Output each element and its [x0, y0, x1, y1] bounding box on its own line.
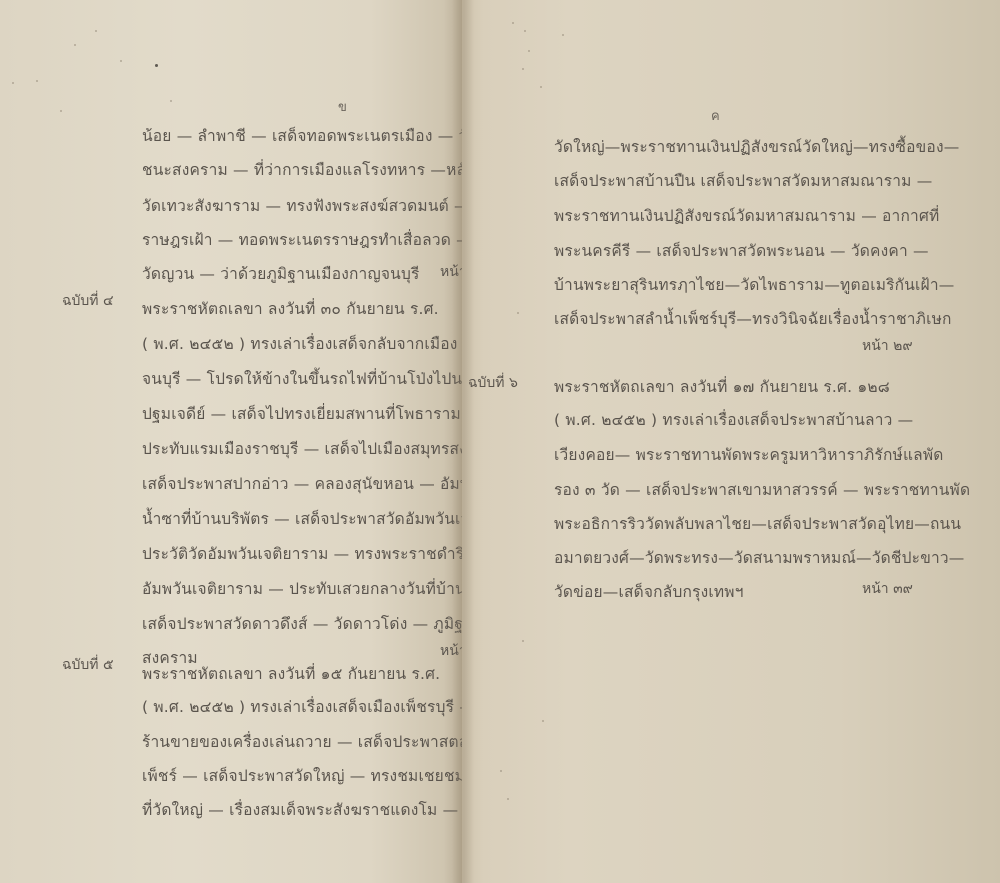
right-line: เสด็จประพาสบ้านปืน เสด็จประพาสวัดมหาสมณา…: [554, 168, 932, 193]
left-page: ข ฉบับที่ ๔ ฉบับที่ ๕ น้อย — ลำพาชี — เส…: [0, 0, 462, 883]
margin-label-letter-5: ฉบับที่ ๕: [62, 654, 114, 676]
paper-speck: [120, 60, 122, 62]
left-line: วัดเทวะสังฆาราม — ทรงฟังพระสงฆ์สวดมนต์ —: [142, 193, 462, 218]
left-line: น้ำซาที่บ้านบริพัตร — เสด็จประพาสวัดอัมพ…: [142, 506, 462, 531]
right-page: ค ฉบับที่ ๖ วัดใหญ่—พระราชทานเงินปฏิสังข…: [462, 0, 1000, 883]
paper-speck: [542, 720, 544, 722]
paper-speck: [500, 770, 502, 772]
left-line: ( พ.ศ. ๒๔๕๒ ) ทรงเล่าเรื่องเสด็จเมืองเพ็…: [142, 694, 462, 719]
right-line: วัดใหญ่—พระราชทานเงินปฏิสังขรณ์วัดใหญ่—ท…: [554, 134, 959, 159]
paper-speck: [170, 100, 172, 102]
page-ref-39: หน้า ๓๙: [862, 578, 913, 600]
left-line: ชนะสงคราม — ที่ว่าการเมืองแลโรงทหาร —หลั…: [142, 157, 462, 182]
book-spread: ข ฉบับที่ ๔ ฉบับที่ ๕ น้อย — ลำพาชี — เส…: [0, 0, 1000, 883]
paper-speck: [60, 110, 62, 112]
left-line: จนบุรี — โปรดให้ข้างในขึ้นรถไฟที่บ้านโป่…: [142, 366, 462, 391]
left-page-number: ข: [338, 96, 347, 117]
right-line: พระราชทานเงินปฏิสังขรณ์วัดมหาสมณาราม — อ…: [554, 203, 939, 228]
left-line: อัมพวันเจติยาราม — ประทับเสวยกลางวันที่บ…: [142, 576, 462, 601]
paper-speck: [522, 640, 524, 642]
left-line: น้อย — ลำพาชี — เสด็จทอดพระเนตรเมือง — ว…: [142, 123, 462, 148]
left-line: เสด็จประพาสวัดดาวดึงส์ — วัดดาวโด่ง — ภู…: [142, 611, 462, 636]
paper-speck: [562, 34, 564, 36]
right-line: พระนครคีรี — เสด็จประพาสวัดพระนอน — วัดค…: [554, 238, 929, 263]
left-line: ปฐมเจดีย์ — เสด็จไปทรงเยี่ยมสพานที่โพธาร…: [142, 401, 462, 426]
paper-speck: [507, 798, 509, 800]
right-line: พระอธิการริววัดพลับพลาไชย—เสด็จประพาสวัด…: [554, 511, 961, 536]
left-line: ราษฎรเฝ้า — ทอดพระเนตรราษฎรทำเสื่อลวด — …: [142, 227, 462, 252]
right-line: พระราชหัตถเลขา ลงวันที่ ๑๗ กันยายน ร.ศ. …: [554, 374, 890, 399]
left-line: พระราชหัตถเลขา ลงวันที่ ๓๐ กันยายน ร.ศ.: [142, 296, 439, 321]
page-ref-29: หน้า ๒๙: [862, 335, 913, 357]
left-line: ประวัติวัดอัมพวันเจติยาราม — ทรงพระราชดำ…: [142, 541, 462, 566]
right-line: บ้านพระยาสุรินทรฦาไชย—วัดไพธาราม—ทูตอเมร…: [554, 272, 954, 297]
paper-speck: [524, 30, 526, 32]
left-line: ( พ.ศ. ๒๔๕๒ ) ทรงเล่าเรื่องเสด็จกลับจากเ…: [142, 331, 458, 356]
left-line: วัดญวน — ว่าด้วยภูมิฐานเมืองกาญจนบุรี: [142, 261, 420, 286]
paper-speck: [36, 80, 38, 82]
left-line: ประทับแรมเมืองราชบุรี — เสด็จไปเมืองสมุท…: [142, 436, 462, 461]
paper-speck: [155, 64, 158, 67]
page-ref-cut: หน้า: [440, 261, 462, 283]
right-page-number: ค: [711, 105, 720, 126]
left-line: ร้านขายของเครื่องเล่นถวาย — เสด็จประพาสต…: [142, 729, 462, 754]
paper-speck: [522, 68, 524, 70]
right-line: วัดข่อย—เสด็จกลับกรุงเทพฯ: [554, 579, 744, 604]
margin-label-letter-6: ฉบับที่ ๖: [468, 372, 518, 394]
left-line: เสด็จประพาสปากอ่าว — คลองสุนัขหอน — อัมพ…: [142, 471, 462, 496]
paper-speck: [95, 30, 97, 32]
right-line: เสด็จประพาสลำน้ำเพ็ชร์บุรี—ทรงวินิจฉัยเร…: [554, 306, 952, 331]
paper-speck: [74, 44, 76, 46]
right-line: เวียงคอย— พระราชทานพัดพระครูมหาวิหาราภิร…: [554, 442, 944, 467]
right-line: ( พ.ศ. ๒๔๕๒ ) ทรงเล่าเรื่องเสด็จประพาสบ้…: [554, 407, 913, 432]
paper-speck: [517, 312, 519, 314]
left-line: ที่วัดใหญ่ — เรื่องสมเด็จพระสังฆราชแดงโม…: [142, 797, 462, 822]
page-ref-cut: หน้า: [440, 640, 462, 662]
right-line: อมาตยวงศ์—วัดพระทรง—วัดสนามพราหมณ์—วัดชี…: [554, 545, 965, 570]
paper-speck: [12, 82, 14, 84]
margin-label-letter-4: ฉบับที่ ๔: [62, 290, 114, 312]
right-line: รอง ๓ วัด — เสด็จประพาสเขามหาสวรรค์ — พร…: [554, 477, 970, 502]
left-line: เพ็ชร์ — เสด็จประพาสวัดใหญ่ — ทรงชมเชยชม…: [142, 763, 462, 788]
left-line: พระราชหัตถเลขา ลงวันที่ ๑๕ กันยายน ร.ศ.: [142, 661, 440, 686]
paper-speck: [540, 86, 542, 88]
paper-speck: [512, 22, 514, 24]
paper-speck: [528, 50, 530, 52]
